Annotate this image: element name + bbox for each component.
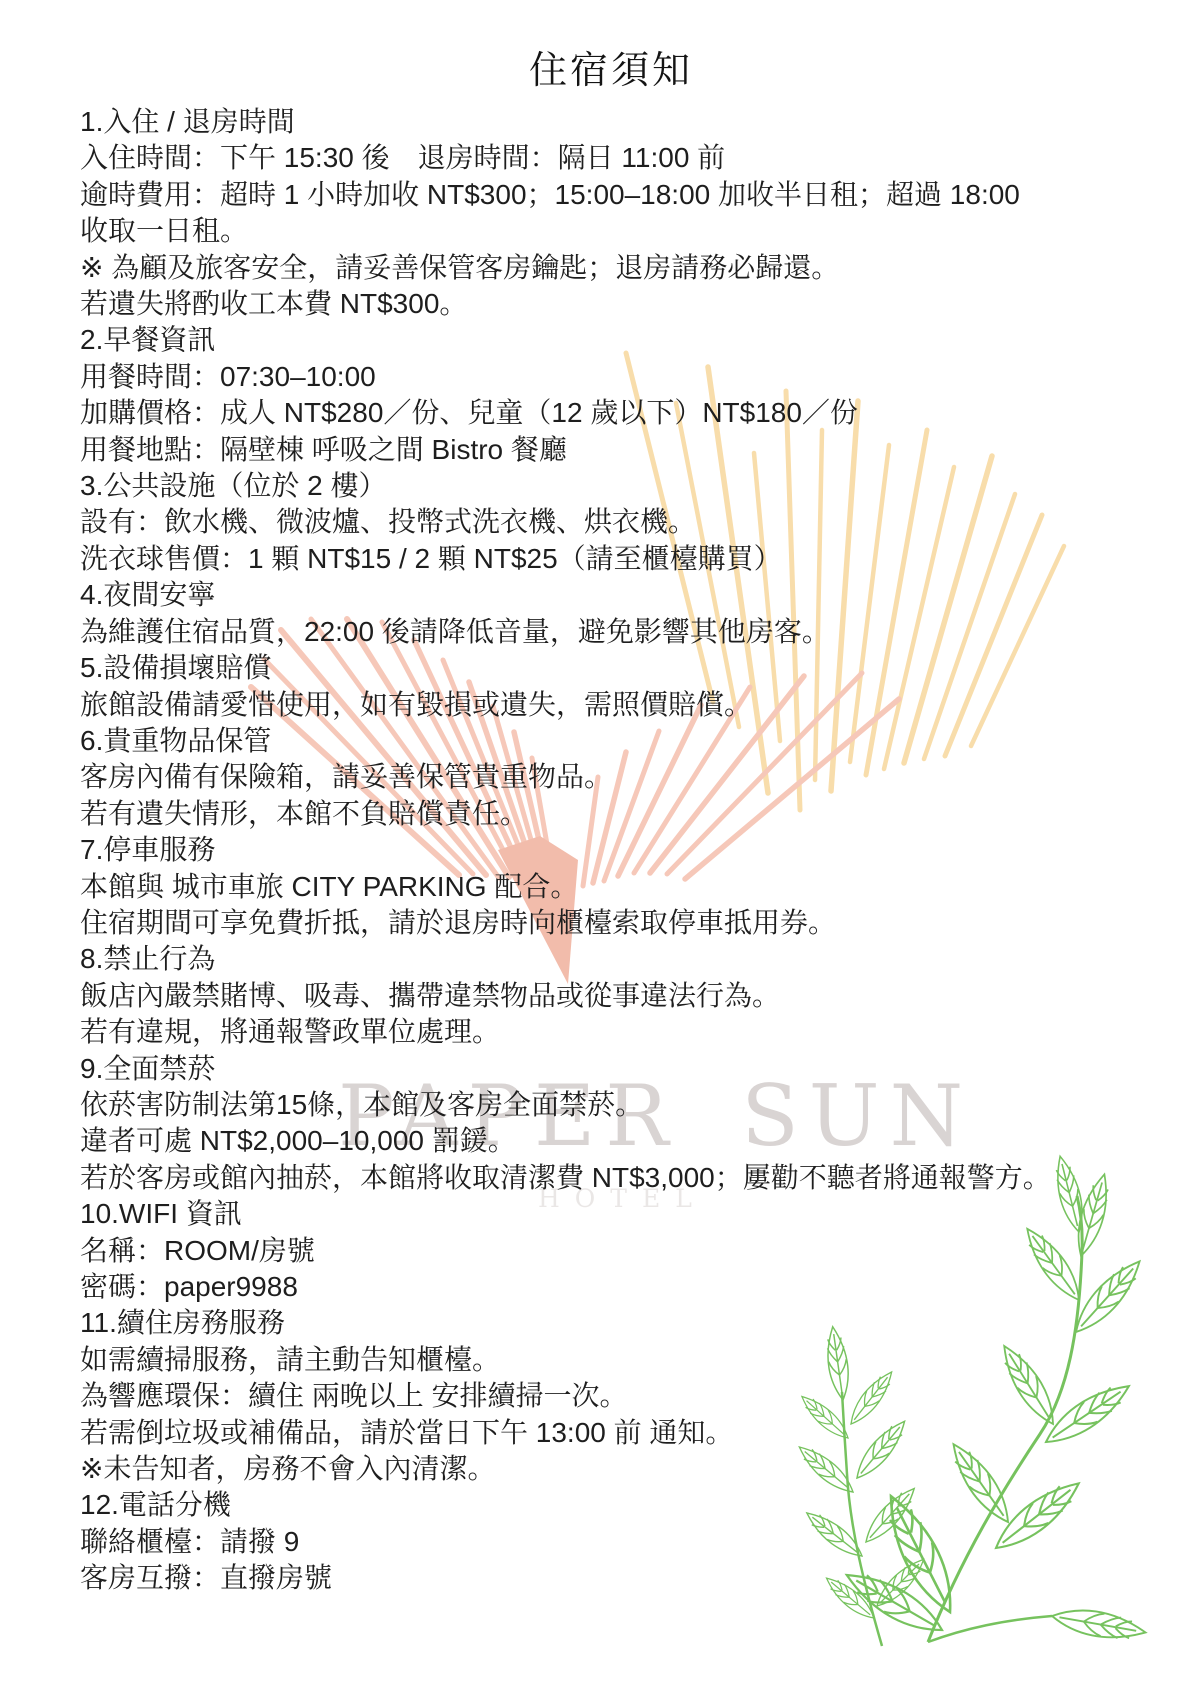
notice-line: 住宿期間可享免費折抵，請於退房時向櫃檯索取停車抵用券。 (80, 905, 1160, 941)
notice-line: 用餐地點：隔壁棟 呼吸之間 Bistro 餐廳 (80, 432, 1160, 468)
page-root: PAPER SUN HOTEL 住宿須知 1.入住 / 退房時間入住時間：下午 … (0, 0, 1200, 1697)
notice-line: ※ 為顧及旅客安全，請妥善保管客房鑰匙；退房請務必歸還。 (80, 250, 1160, 286)
notice-line: 為響應環保：續住 兩晚以上 安排續掃一次。 (80, 1378, 1160, 1414)
notice-line: 設有：飲水機、微波爐、投幣式洗衣機、烘衣機。 (80, 504, 1160, 540)
notice-line: 洗衣球售價：1 顆 NT$15 / 2 顆 NT$25（請至櫃檯購買） (80, 541, 1160, 577)
notice-body: 1.入住 / 退房時間入住時間：下午 15:30 後 退房時間：隔日 11:00… (80, 104, 1160, 1597)
notice-line: 如需續掃服務，請主動告知櫃檯。 (80, 1342, 1160, 1378)
notice-line: 12.電話分機 (80, 1487, 1160, 1523)
notice-line: 本館與 城市車旅 CITY PARKING 配合。 (80, 869, 1160, 905)
notice-line: 依菸害防制法第15條，本館及客房全面禁菸。 (80, 1087, 1160, 1123)
notice-line: 8.禁止行為 (80, 941, 1160, 977)
notice-line: 密碼：paper9988 (80, 1269, 1160, 1305)
notice-line: 客房互撥：直撥房號 (80, 1560, 1160, 1596)
notice-line: 逾時費用：超時 1 小時加收 NT$300；15:00–18:00 加收半日租；… (80, 177, 1160, 213)
notice-line: 6.貴重物品保管 (80, 723, 1160, 759)
notice-line: 為維護住宿品質，22:00 後請降低音量，避免影響其他房客。 (80, 614, 1160, 650)
notice-line: 若有遺失情形，本館不負賠償責任。 (80, 796, 1160, 832)
notice-line: 若遺失將酌收工本費 NT$300。 (80, 286, 1160, 322)
notice-line: 若需倒垃圾或補備品，請於當日下午 13:00 前 通知。 (80, 1415, 1160, 1451)
notice-line: 收取一日租。 (80, 213, 1160, 249)
notice-line: 客房內備有保險箱，請妥善保管貴重物品。 (80, 759, 1160, 795)
notice-line: 入住時間：下午 15:30 後 退房時間：隔日 11:00 前 (80, 140, 1160, 176)
notice-line: 用餐時間：07:30–10:00 (80, 359, 1160, 395)
notice-line: 11.續住房務服務 (80, 1305, 1160, 1341)
notice-line: 7.停車服務 (80, 832, 1160, 868)
notice-line: 飯店內嚴禁賭博、吸毒、攜帶違禁物品或從事違法行為。 (80, 978, 1160, 1014)
notice-line: 3.公共設施（位於 2 樓） (80, 468, 1160, 504)
notice-line: 1.入住 / 退房時間 (80, 104, 1160, 140)
notice-line: 5.設備損壞賠償 (80, 650, 1160, 686)
page-title: 住宿須知 (80, 48, 1142, 96)
notice-line: 若有違規，將通報警政單位處理。 (80, 1014, 1160, 1050)
notice-line: 2.早餐資訊 (80, 322, 1160, 358)
notice-line: ※未告知者，房務不會入內清潔。 (80, 1451, 1160, 1487)
notice-line: 違者可處 NT$2,000–10,000 罰鍰。 (80, 1123, 1160, 1159)
notice-line: 聯絡櫃檯：請撥 9 (80, 1524, 1160, 1560)
notice-line: 旅館設備請愛惜使用，如有毀損或遺失，需照價賠償。 (80, 687, 1160, 723)
notice-line: 9.全面禁菸 (80, 1051, 1160, 1087)
notice-line: 加購價格：成人 NT$280／份、兒童（12 歲以下）NT$180／份 (80, 395, 1160, 431)
notice-line: 4.夜間安寧 (80, 577, 1160, 613)
notice-line: 10.WIFI 資訊 (80, 1196, 1160, 1232)
notice-line: 名稱：ROOM/房號 (80, 1233, 1160, 1269)
notice-line: 若於客房或館內抽菸，本館將收取清潔費 NT$3,000；屢勸不聽者將通報警方。 (80, 1160, 1160, 1196)
